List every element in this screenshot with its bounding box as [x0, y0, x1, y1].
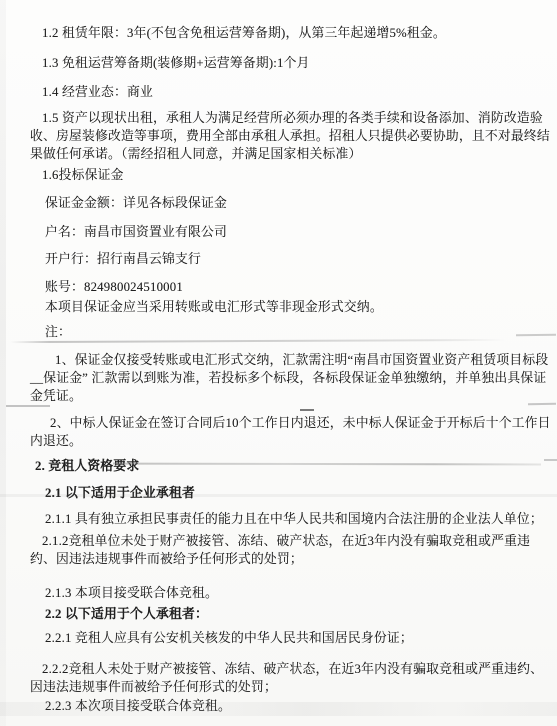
- bank-branch-line: 开户行：招行南昌云锦支行: [30, 250, 551, 268]
- document-page: 1.2 租赁年限：3年(不包含免租运营筹备期)，从第三年起递增5%租金。 1.3…: [0, 0, 557, 726]
- clause-2-1-3: 2.1.3 本项目接受联合体竞租。: [30, 584, 551, 602]
- clause-2-2-3: 2.2.3 本次项目接受联合体竞租。: [30, 697, 551, 715]
- clause-1-2: 1.2 租赁年限：3年(不包含免租运营筹备期)，从第三年起递增5%租金。: [30, 24, 551, 42]
- clause-2-2-1: 2.2.1 竞租人应具有公安机关核发的中华人民共和国居民身份证；: [30, 629, 551, 647]
- clause-1-3: 1.3 免租运营筹备期(装修期+运营筹备期):1个月: [30, 54, 551, 72]
- note-item-1: 1、保证金仅接受转账或电汇形式交纳，汇款需注明“南昌市国资置业资产租赁项目标段_…: [30, 351, 551, 405]
- account-number-line: 账号：824980024510001: [30, 278, 551, 296]
- clause-1-4: 1.4 经营业态：商业: [30, 83, 551, 101]
- clause-2-1-1: 2.1.1 具有独立承担民事责任的能力且在中华人民共和国境内合法注册的企业法人单…: [30, 510, 551, 528]
- note-item-2: 2、中标人保证金在签订合同后10个工作日内退还，未中标人保证金于开标后十个工作日…: [30, 414, 551, 450]
- clause-1-5: 1.5 资产以现状出租，承租人为满足经营所必须办理的各类手续和设备添加、消防改造…: [30, 109, 551, 163]
- payment-method-line: 本项目保证金应当采用转账或电汇形式等非现金形式交纳。: [30, 298, 551, 316]
- clause-1-6-heading: 1.6投标保证金: [30, 166, 551, 184]
- note-label: 注：: [30, 323, 551, 341]
- account-name-line: 户名：南昌市国资置业有限公司: [30, 223, 551, 241]
- deposit-amount-line: 保证金金额：详见各标段保证金: [30, 194, 551, 212]
- clause-2-2-2: 2.2.2竞租人未处于财产被接管、冻结、破产状态，在近3年内没有骗取竞租或严重违…: [30, 660, 551, 696]
- section-2-2-heading: 2.2 以下适用于个人承租者：: [30, 605, 551, 623]
- section-2-1-heading: 2.1 以下适用于企业承租者: [30, 484, 551, 502]
- section-2-heading: 2. 竞租人资格要求: [30, 457, 551, 475]
- document-body: 1.2 租赁年限：3年(不包含免租运营筹备期)，从第三年起递增5%租金。 1.3…: [0, 0, 557, 715]
- clause-2-1-2: 2.1.2竞租单位未处于财产被接管、冻结、破产状态，在近3年内没有骗取竞租或严重…: [30, 532, 551, 568]
